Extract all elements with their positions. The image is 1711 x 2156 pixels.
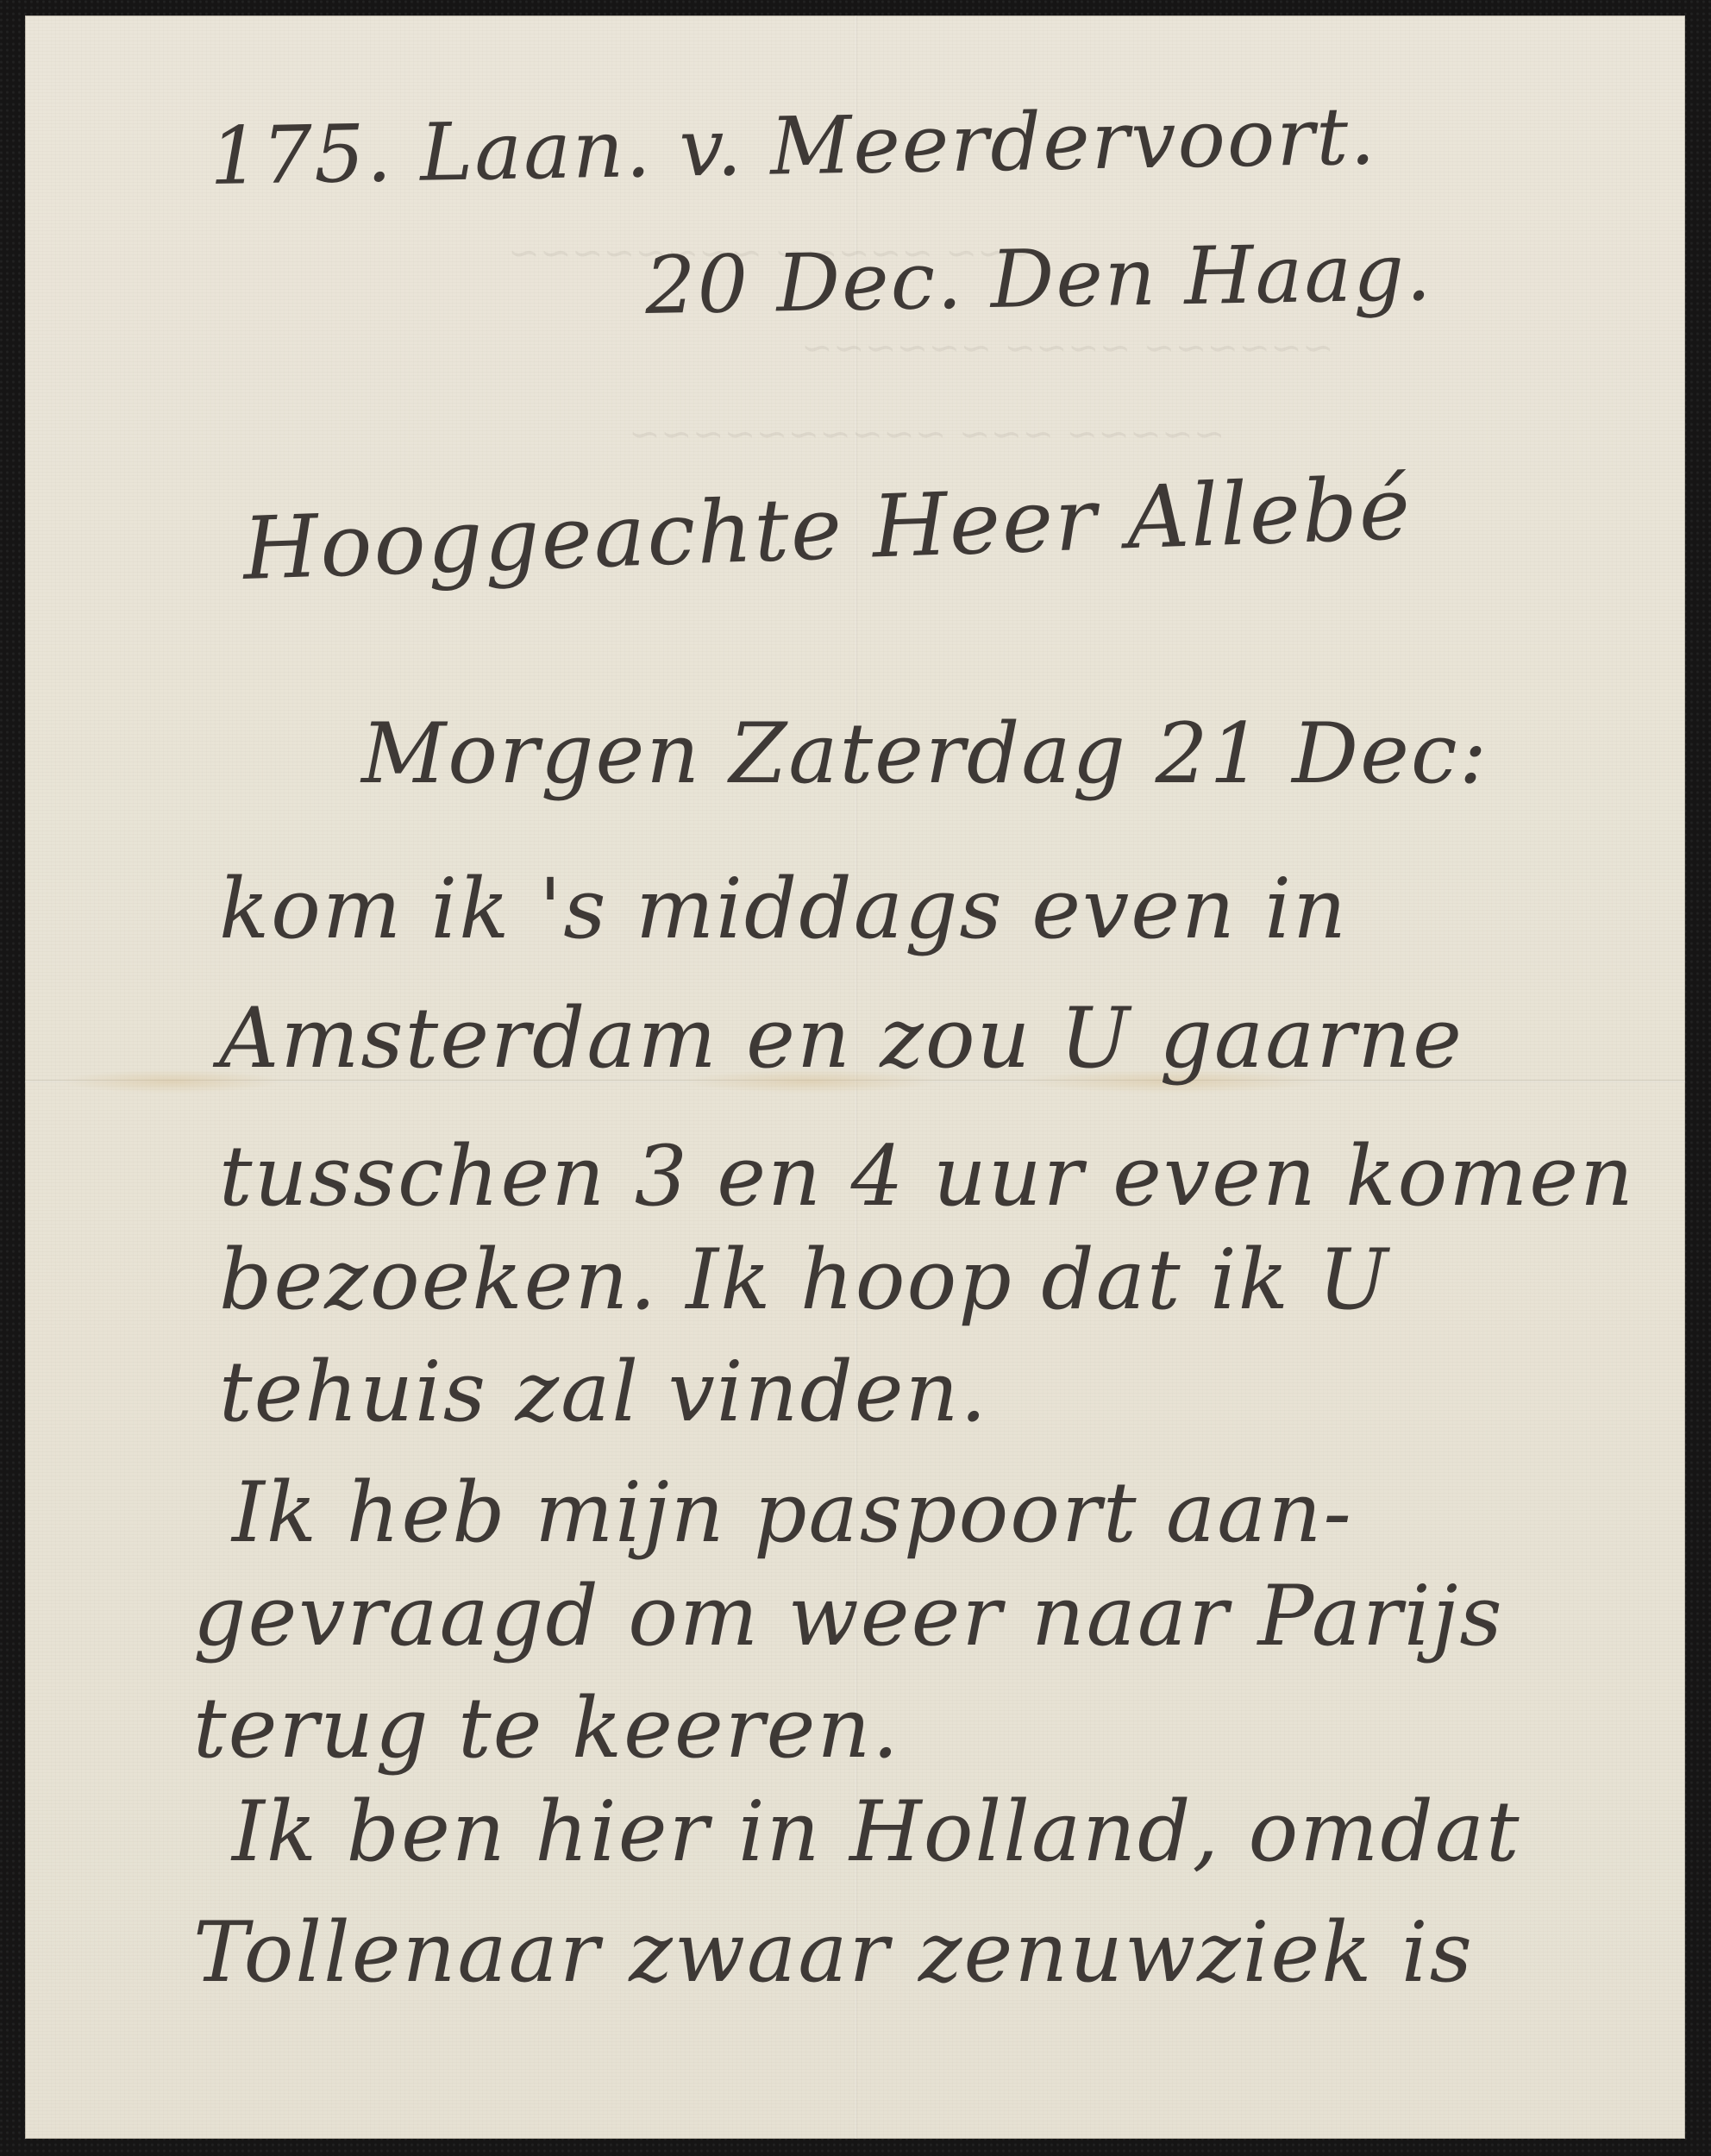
- body-line: Tollenaar zwaar zenuwziek is: [193, 1904, 1474, 2001]
- letter-paper: ~~~ ~~~~~ ~~~~~~~~ ~~~~~~ ~~~~ ~~~~~~ ~~…: [25, 16, 1685, 2139]
- show-through-text: ~~~~~ ~~~ ~~~~~~~~~~: [629, 412, 1225, 456]
- body-line: terug te keeren.: [193, 1680, 900, 1777]
- date-and-place: 20 Dec. Den Haag.: [644, 226, 1433, 332]
- show-through-text: ~~~~~~ ~~~~ ~~~~~~: [801, 326, 1334, 370]
- salutation: Hooggeachte Heer Allebé: [241, 458, 1413, 599]
- body-line: Ik heb mijn paspoort aan-: [232, 1464, 1353, 1561]
- body-line: Ik ben hier in Holland, omdat: [232, 1783, 1521, 1880]
- body-line: Amsterdam en zou U gaarne: [219, 990, 1463, 1087]
- body-line: Morgen Zaterdag 21 Dec:: [361, 705, 1489, 802]
- body-line: kom ik 's middags even in: [219, 861, 1348, 957]
- body-line: tehuis zal vinden.: [219, 1344, 988, 1440]
- body-line: gevraagd om weer naar Parijs: [193, 1568, 1504, 1664]
- body-line: tusschen 3 en 4 uur even komen: [219, 1128, 1635, 1225]
- body-line: bezoeken. Ik hoop dat ik U: [219, 1232, 1389, 1328]
- sender-address: 175. Laan. v. Meerdervoort.: [209, 90, 1377, 203]
